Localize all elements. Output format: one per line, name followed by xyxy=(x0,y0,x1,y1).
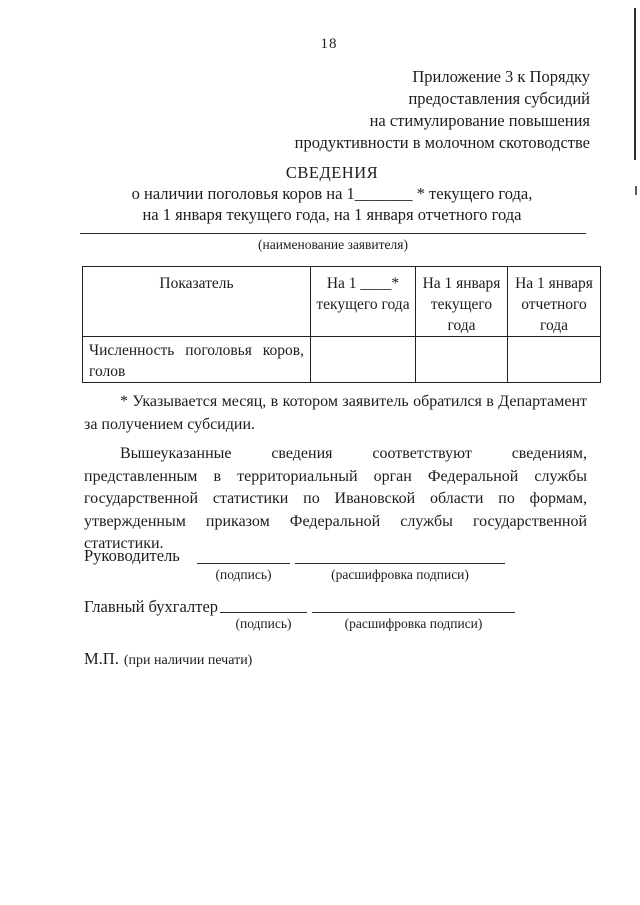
doc-subtitle-line-1: о наличии поголовья коров на 1_______ * … xyxy=(12,183,640,204)
doc-title-heading: СВЕДЕНИЯ xyxy=(12,162,640,183)
signature-caption: (подпись) xyxy=(197,567,290,582)
signature-name-blank-line xyxy=(312,612,515,613)
annex-line: Приложение 3 к Порядку xyxy=(295,66,590,88)
applicant-name-caption: (наименование заявителя) xyxy=(80,237,586,253)
signature-row-head: Руководитель (подпись) (расшифровка подп… xyxy=(84,546,587,588)
signature-caption: (подпись) xyxy=(220,616,307,631)
page-number: 18 xyxy=(0,36,640,53)
signature-blank-line xyxy=(197,563,290,564)
header-indicator: Показатель xyxy=(83,267,311,337)
table-row: Численность поголовья коров, голов xyxy=(83,337,601,383)
header-jan-reporting-year: На 1 января отчетного года xyxy=(508,267,601,337)
scan-artifact-tick xyxy=(635,186,637,195)
signature-label-accountant: Главный бухгалтер xyxy=(84,597,218,617)
header-current-month: На 1 ____* текущего года xyxy=(311,267,416,337)
signature-blank-line xyxy=(220,612,307,613)
seal-note: (при наличии печати) xyxy=(124,653,253,668)
seal-mark: М.П. xyxy=(84,649,119,668)
indicator-cell: Численность поголовья коров, голов xyxy=(83,337,311,383)
statement-paragraph: Вышеуказанные сведения соответствуют све… xyxy=(84,443,587,556)
annex-line: продуктивности в молочном скотоводстве xyxy=(295,132,590,154)
doc-title-block: СВЕДЕНИЯ о наличии поголовья коров на 1_… xyxy=(12,162,640,225)
header-jan-current-year: На 1 января текущего года xyxy=(416,267,508,337)
signature-label-head: Руководитель xyxy=(84,546,180,566)
value-cell-current-month xyxy=(311,337,416,383)
seal-line: М.П.(при наличии печати) xyxy=(84,649,252,669)
table-header-row: Показатель На 1 ____* текущего года На 1… xyxy=(83,267,601,337)
annex-line: на стимулирование повышения xyxy=(295,110,590,132)
footnote: * Указывается месяц, в котором заявитель… xyxy=(84,391,587,436)
signature-name-blank-line xyxy=(295,563,505,564)
applicant-name-blank-line xyxy=(80,233,586,234)
doc-subtitle-line-2: на 1 января текущего года, на 1 января о… xyxy=(12,204,640,225)
document-page: 18 Приложение 3 к Порядку предоставления… xyxy=(0,0,640,905)
annex-line: предоставления субсидий xyxy=(295,88,590,110)
value-cell-jan-reporting-year xyxy=(508,337,601,383)
value-cell-jan-current-year xyxy=(416,337,508,383)
signature-name-caption: (расшифровка подписи) xyxy=(295,567,505,582)
signature-row-accountant: Главный бухгалтер (подпись) (расшифровка… xyxy=(84,597,587,639)
scan-artifact-line xyxy=(634,8,636,160)
signature-name-caption: (расшифровка подписи) xyxy=(312,616,515,631)
livestock-table: Показатель На 1 ____* текущего года На 1… xyxy=(82,266,601,383)
annex-reference-block: Приложение 3 к Порядку предоставления су… xyxy=(295,66,590,154)
